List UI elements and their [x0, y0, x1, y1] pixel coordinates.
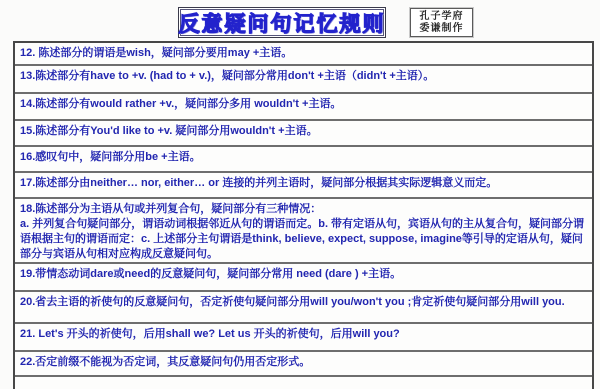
rule-row: 17.陈述部分由neither… nor, either… or 连接的并列主语…: [15, 173, 592, 199]
page-title: 反意疑问句记忆规则: [179, 8, 386, 38]
rule-text: 18.陈述部分为主语从句或并列复合句，疑问部分有三种情况： a. 并列复合句疑问…: [20, 202, 587, 262]
rule-text: 12. 陈述部分的谓语是wish，疑问部分要用may +主语。: [20, 46, 587, 61]
rule-row: 21. Let's 开头的祈使句，后用shall we? Let us 开头的祈…: [15, 324, 592, 352]
rule-row: 13.陈述部分有have to +v. (had to + v.)，疑问部分常用…: [15, 66, 592, 94]
rule-text: 15.陈述部分有You'd like to +v. 疑问部分用wouldn't …: [20, 124, 587, 139]
rule-text: 21. Let's 开头的祈使句，后用shall we? Let us 开头的祈…: [20, 327, 587, 342]
rule-row: 22.否定前缀不能视为否定词，其反意疑问句仍用否定形式。: [15, 352, 592, 377]
credit-line-1: 孔子学府: [420, 11, 464, 23]
rules-rows: 12. 陈述部分的谓语是wish，疑问部分要用may +主语。 13.陈述部分有…: [15, 43, 592, 377]
rule-row: 15.陈述部分有You'd like to +v. 疑问部分用wouldn't …: [15, 121, 592, 147]
title-inner-border: 反意疑问句记忆规则: [180, 9, 384, 36]
rule-row: 18.陈述部分为主语从句或并列复合句，疑问部分有三种情况： a. 并列复合句疑问…: [15, 199, 592, 264]
rule-text: 19.带情态动词dare或need的反意疑问句，疑问部分常用 need (dar…: [20, 267, 587, 282]
rule-text: 22.否定前缀不能视为否定词，其反意疑问句仍用否定形式。: [20, 355, 587, 370]
credit-line-2: 委谦制作: [420, 23, 464, 35]
rules-table: 12. 陈述部分的谓语是wish，疑问部分要用may +主语。 13.陈述部分有…: [13, 41, 594, 389]
rule-text: 14.陈述部分有would rather +v.，疑问部分多用 wouldn't…: [20, 97, 587, 112]
scanned-grammar-sheet: 反意疑问句记忆规则 孔子学府 委谦制作 12. 陈述部分的谓语是wish，疑问部…: [0, 0, 600, 389]
rule-row: 16.感叹句中，疑问部分用be +主语。: [15, 147, 592, 173]
title-box: 反意疑问句记忆规则: [178, 7, 386, 38]
rule-text: 16.感叹句中，疑问部分用be +主语。: [20, 150, 587, 165]
rule-text: 17.陈述部分由neither… nor, either… or 连接的并列主语…: [20, 176, 587, 191]
rule-row: 19.带情态动词dare或need的反意疑问句，疑问部分常用 need (dar…: [15, 264, 592, 292]
rule-row: 12. 陈述部分的谓语是wish，疑问部分要用may +主语。: [15, 43, 592, 66]
credit-box: 孔子学府 委谦制作: [410, 8, 473, 37]
rule-row: 14.陈述部分有would rather +v.，疑问部分多用 wouldn't…: [15, 94, 592, 121]
cutoff-empty-row: [15, 377, 592, 389]
rule-text: 20.省去主语的祈使句的反意疑问句，否定祈使句疑问部分用will you/won…: [20, 295, 587, 310]
rule-row: 20.省去主语的祈使句的反意疑问句，否定祈使句疑问部分用will you/won…: [15, 292, 592, 324]
rule-text: 13.陈述部分有have to +v. (had to + v.)，疑问部分常用…: [20, 69, 587, 84]
